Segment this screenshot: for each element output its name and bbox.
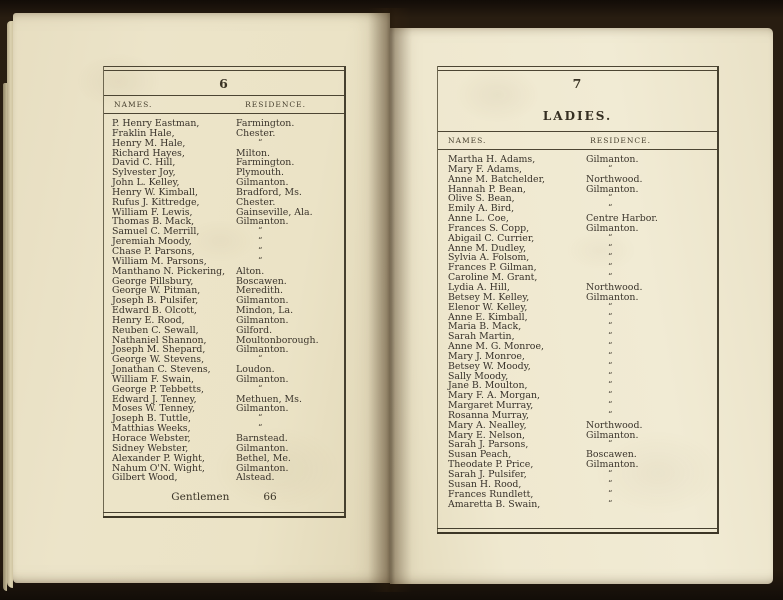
entry-residence-ditto: “	[586, 244, 717, 254]
column-header-row: NAMES. RESIDENCE.	[438, 132, 717, 149]
entry-residence-ditto: “	[586, 342, 717, 352]
entry-residence: Gilmanton.	[236, 217, 344, 227]
entry-residence: Alstead.	[236, 473, 344, 483]
list-item: Gilbert Wood,Alstead.	[104, 473, 344, 483]
entry-residence-ditto: “	[586, 234, 717, 244]
residence-column-header: RESIDENCE.	[245, 100, 306, 109]
entry-residence-ditto: “	[236, 414, 344, 424]
entry-residence-ditto: “	[586, 322, 717, 332]
entry-residence: Gilmanton.	[586, 460, 717, 470]
entry-residence-ditto: “	[236, 237, 344, 247]
entry-residence-ditto: “	[586, 352, 717, 362]
page-footer: Gentlemen 66	[104, 491, 344, 503]
entry-residence-ditto: “	[586, 253, 717, 263]
entry-residence-ditto: “	[586, 500, 717, 510]
page-number: 6	[104, 71, 344, 95]
names-column-header: NAMES.	[114, 100, 152, 109]
entry-residence-ditto: “	[586, 470, 717, 480]
footer-count: 66	[263, 491, 276, 503]
entry-residence-ditto: “	[586, 490, 717, 500]
entry-residence-ditto: “	[236, 247, 344, 257]
entry-residence-ditto: “	[586, 480, 717, 490]
entry-residence: Gilmanton.	[236, 404, 344, 414]
footer-label: Gentlemen	[171, 491, 229, 503]
bottom-double-rule	[103, 512, 346, 518]
entry-residence: Chester.	[236, 129, 344, 139]
entry-residence-ditto: “	[236, 227, 344, 237]
entry-residence-ditto: “	[586, 194, 717, 204]
entry-residence-ditto: “	[586, 332, 717, 342]
entry-residence-ditto: “	[586, 381, 717, 391]
section-title: LADIES.	[438, 95, 717, 131]
entry-residence: Gilmanton.	[586, 155, 717, 165]
names-column-header: NAMES.	[448, 136, 486, 145]
bottom-double-rule	[437, 528, 719, 534]
entry-name: Amaretta B. Swain,	[448, 500, 586, 510]
entry-residence: Gilmanton.	[236, 375, 344, 385]
entry-residence: Gilmanton.	[586, 224, 717, 234]
gentlemen-table: 6 NAMES. RESIDENCE. P. Henry Eastman,Far…	[103, 66, 346, 518]
entry-residence: Gilmanton.	[586, 185, 717, 195]
entry-residence-ditto: “	[586, 263, 717, 273]
entry-residence: Gilmanton.	[586, 431, 717, 441]
column-header-row: NAMES. RESIDENCE.	[104, 96, 344, 113]
entry-residence-ditto: “	[586, 391, 717, 401]
entry-residence-ditto: “	[586, 362, 717, 372]
entry-residence-ditto: “	[586, 401, 717, 411]
entry-residence-ditto: “	[586, 303, 717, 313]
residence-column-header: RESIDENCE.	[590, 136, 651, 145]
entry-name: Gilbert Wood,	[112, 473, 236, 483]
ladies-list: Martha H. Adams,Gilmanton.Mary F. Adams,…	[438, 150, 717, 509]
entry-residence: Gilmanton.	[586, 293, 717, 303]
ladies-table: 7 LADIES. NAMES. RESIDENCE. Martha H. Ad…	[437, 66, 719, 534]
gentlemen-list: P. Henry Eastman,Farmington.Fraklin Hale…	[104, 114, 344, 483]
entry-residence-ditto: “	[586, 372, 717, 382]
entry-residence-ditto: “	[586, 313, 717, 323]
entry-residence: Gilmanton.	[236, 345, 344, 355]
page-number: 7	[438, 71, 717, 95]
list-item: Amaretta B. Swain,“	[438, 500, 717, 510]
